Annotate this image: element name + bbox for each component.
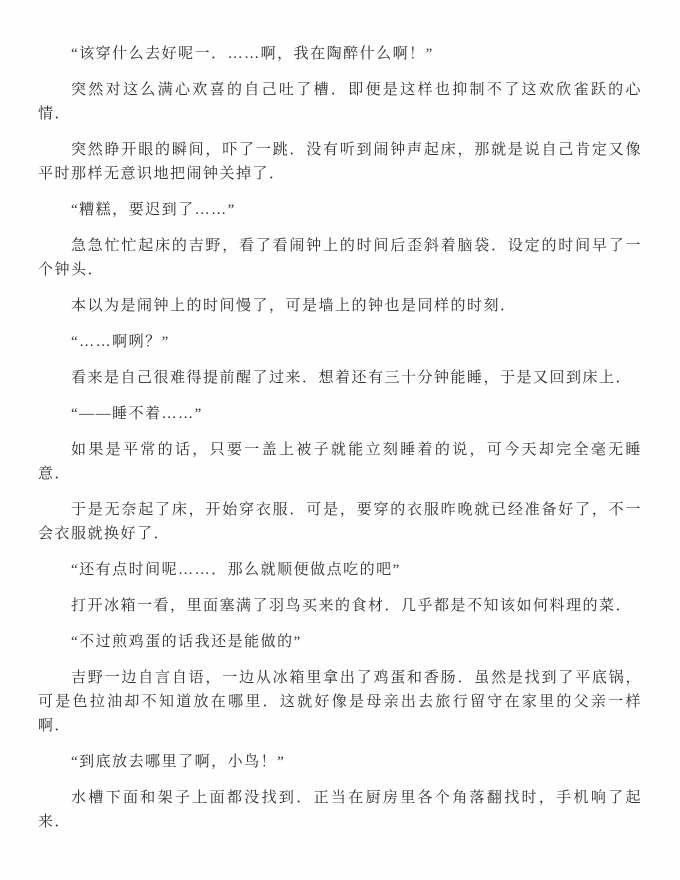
paragraph-10: 如果是平常的话，只要一盖上被子就能立刻睡着的说，可今天却完全毫无睡意． [38, 438, 642, 486]
paragraph-06: 本以为是闹钟上的时间慢了，可是墙上的钟也是同样的时刻． [38, 294, 642, 318]
paragraph-04: “糟糕，要迟到了……” [38, 198, 642, 222]
paragraph-01: “该穿什么去好呢一．……啊，我在陶醉什么啊！” [38, 42, 642, 66]
paragraph-16: “到底放去哪里了啊，小鸟！” [38, 750, 642, 774]
paragraph-14: “不过煎鸡蛋的话我还是能做的” [38, 630, 642, 654]
paragraph-12: “还有点时间呢……．那么就顺便做点吃的吧” [38, 558, 642, 582]
paragraph-13: 打开冰箱一看，里面塞满了羽鸟买来的食材．几乎都是不知该如何料理的菜． [38, 594, 642, 618]
paragraph-02: 突然对这么满心欢喜的自己吐了槽．即便是这样也抑制不了这欢欣雀跃的心情． [38, 78, 642, 126]
paragraph-17: 水槽下面和架子上面都没找到．正当在厨房里各个角落翻找时，手机响了起来． [38, 786, 642, 834]
paragraph-11: 于是无奈起了床，开始穿衣服．可是，要穿的衣服昨晚就已经准备好了，不一会衣服就换好… [38, 498, 642, 546]
paragraph-03: 突然睁开眼的瞬间，吓了一跳．没有听到闹钟声起床，那就是说自己肯定又像平时那样无意… [38, 138, 642, 186]
paragraph-15: 吉野一边自言自语，一边从冰箱里拿出了鸡蛋和香肠．虽然是找到了平底锅，可是色拉油却… [38, 666, 642, 738]
paragraph-07: “……啊咧？” [38, 330, 642, 354]
paragraph-09: “——睡不着……” [38, 402, 642, 426]
paragraph-05: 急急忙忙起床的吉野，看了看闹钟上的时间后歪斜着脑袋．设定的时间早了一个钟头． [38, 234, 642, 282]
document-page: “该穿什么去好呢一．……啊，我在陶醉什么啊！” 突然对这么满心欢喜的自己吐了槽．… [0, 0, 680, 880]
paragraph-08: 看来是自己很难得提前醒了过来．想着还有三十分钟能睡，于是又回到床上． [38, 366, 642, 390]
